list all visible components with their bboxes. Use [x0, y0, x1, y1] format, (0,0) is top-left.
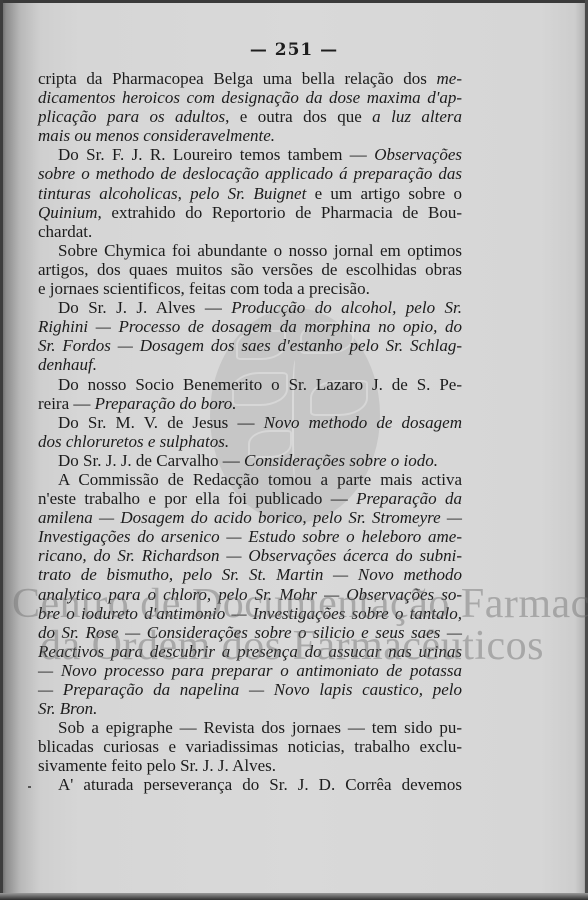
text-segment: Sobre Chymica foi abundante o nosso jorn… [58, 241, 462, 260]
italic-text-segment: Preparação da [356, 489, 462, 508]
italic-text-segment: sobre o methodo de deslocação applicado … [38, 164, 462, 183]
text-line: denhauf. [38, 355, 462, 374]
italic-text-segment: Producção do alcohol, pelo Sr. [231, 298, 462, 317]
text-line: Quinium, extrahido do Reportorio de Phar… [38, 203, 462, 222]
text-segment: e um artigo sobre o [306, 184, 462, 203]
text-line: A Commissão de Redacção tomou a parte ma… [38, 470, 462, 489]
page-left-edge [0, 0, 3, 900]
page-top-edge [0, 0, 588, 3]
italic-text-segment: Sr. Bron. [38, 699, 97, 718]
text-line: Reactivos para descubrir a presença do a… [38, 642, 462, 661]
italic-text-segment: ricano, do Sr. Richardson — Observações … [38, 546, 462, 565]
italic-text-segment: Novo methodo de dosagem [264, 413, 462, 432]
text-line: — Novo processo para preparar o antimoni… [38, 661, 462, 680]
text-line: amilena — Dosagem do acido borico, pelo … [38, 508, 462, 527]
italic-text-segment: amilena — Dosagem do acido borico, pelo … [38, 508, 462, 527]
text-line: do Sr. Rose — Considerações sobre o sili… [38, 623, 462, 642]
text-segment: Sob a epigraphe — Revista dos jornaes — … [58, 718, 462, 737]
italic-text-segment: bre o iodureto d'antimonio — Investigaçõ… [38, 604, 462, 623]
italic-text-segment: a luz altera [372, 107, 462, 126]
text-line: Sob a epigraphe — Revista dos jornaes — … [38, 718, 462, 737]
text-line: sobre o methodo de deslocação applicado … [38, 164, 462, 183]
text-line: dos chloruretos e sulphatos. [38, 432, 462, 451]
text-line: analytico para o chloro, pelo Sr. Mohr —… [38, 585, 462, 604]
text-segment: Do nosso Socio Benemerito o Sr. Lazaro J… [58, 375, 462, 394]
text-line: bre o iodureto d'antimonio — Investigaçõ… [38, 604, 462, 623]
italic-text-segment: Investigações do arsenico — Estudo sobre… [38, 527, 462, 546]
text-line: Sr. Bron. [38, 699, 462, 718]
italic-text-segment: me- [437, 69, 462, 88]
text-line: sivamente feito pelo Sr. J. J. Alves. [38, 756, 462, 775]
text-line: ricano, do Sr. Richardson — Observações … [38, 546, 462, 565]
margin-mark [28, 786, 31, 788]
text-segment: Do Sr. M. V. de Jesus — [58, 413, 264, 432]
text-line: Do Sr. M. V. de Jesus — Novo methodo de … [38, 413, 462, 432]
italic-text-segment: tinturas alcoholicas, pelo Sr. Buignet [38, 184, 306, 203]
text-line: trato de bismutho, pelo Sr. St. Martin —… [38, 565, 462, 584]
italic-text-segment: analytico para o chloro, pelo Sr. Mohr —… [38, 585, 462, 604]
italic-text-segment: dos chloruretos e sulphatos. [38, 432, 229, 451]
italic-text-segment: denhauf. [38, 355, 97, 374]
text-segment: n'este trabalho e por ella foi publicado… [38, 489, 356, 508]
text-line: Sobre Chymica foi abundante o nosso jorn… [38, 241, 462, 260]
text-segment: , extrahido do Reportorio de Pharmacia d… [98, 203, 463, 222]
italic-text-segment: Righini — Processo de dosagem da morphin… [38, 317, 462, 336]
text-segment: e jornaes scientificos, feitas com toda … [38, 279, 370, 298]
text-line: e jornaes scientificos, feitas com toda … [38, 279, 462, 298]
text-line: cripta da Pharmacopea Belga uma bella re… [38, 69, 462, 88]
body-text: cripta da Pharmacopea Belga uma bella re… [38, 69, 462, 795]
italic-text-segment: Reactivos para descubrir a presença do a… [38, 642, 462, 661]
italic-text-segment: Observações [374, 145, 462, 164]
text-line: A' aturada perseverança do Sr. J. D. Cor… [38, 775, 462, 794]
text-segment: Do Sr. F. J. R. Loureiro temos tambem — [58, 145, 374, 164]
text-line: Righini — Processo de dosagem da morphin… [38, 317, 462, 336]
text-line: reira — Preparação do boro. [38, 394, 462, 413]
italic-text-segment: do Sr. Rose — Considerações sobre o sili… [38, 623, 462, 642]
page-bottom-edge [0, 893, 588, 900]
text-line: Sr. Fordos — Dosagem dos saes d'estanho … [38, 336, 462, 355]
book-page: — 251 — cripta da Pharmacopea Belga uma … [0, 0, 588, 900]
text-line: Do Sr. J. J. Alves — Producção do alcoho… [38, 298, 462, 317]
italic-text-segment: — Novo processo para preparar o antimoni… [38, 661, 462, 680]
text-line: — Preparação da napelina — Novo lapis ca… [38, 680, 462, 699]
italic-text-segment: Preparação do boro. [95, 394, 237, 413]
text-line: plicação para os adultos, e outra dos qu… [38, 107, 462, 126]
italic-text-segment: — Preparação da napelina — Novo lapis ca… [38, 680, 462, 699]
text-line: blicadas curiosas e variadissimas notici… [38, 737, 462, 756]
text-line: mais ou menos consideravelmente. [38, 126, 462, 145]
text-segment: Do Sr. J. J. de Carvalho — [58, 451, 244, 470]
text-segment: blicadas curiosas e variadissimas notici… [38, 737, 462, 756]
text-line: dicamentos heroicos com designação da do… [38, 88, 462, 107]
italic-text-segment: dicamentos heroicos com designação da do… [38, 88, 462, 107]
page-number: — 251 — [0, 40, 588, 60]
italic-text-segment: trato de bismutho, pelo Sr. St. Martin —… [38, 565, 462, 584]
text-segment: artigos, dos quaes muitos são versões de… [38, 260, 462, 279]
italic-text-segment: mais ou menos consideravelmente. [38, 126, 275, 145]
text-segment: sivamente feito pelo Sr. J. J. Alves. [38, 756, 276, 775]
text-line: Do nosso Socio Benemerito o Sr. Lazaro J… [38, 375, 462, 394]
text-segment: , e outra dos que [225, 107, 372, 126]
text-line: chardat. [38, 222, 462, 241]
text-segment: cripta da Pharmacopea Belga uma bella re… [38, 69, 437, 88]
text-segment: A' aturada perseverança do Sr. J. D. Cor… [58, 775, 462, 794]
text-segment: Do Sr. J. J. Alves — [58, 298, 231, 317]
text-segment: chardat. [38, 222, 92, 241]
text-line: n'este trabalho e por ella foi publicado… [38, 489, 462, 508]
italic-text-segment: plicação para os adultos [38, 107, 225, 126]
text-segment: A Commissão de Redacção tomou a parte ma… [58, 470, 462, 489]
italic-text-segment: Sr. Fordos — Dosagem dos saes d'estanho … [38, 336, 462, 355]
text-line: tinturas alcoholicas, pelo Sr. Buignet e… [38, 184, 462, 203]
text-segment: reira — [38, 394, 95, 413]
text-line: Investigações do arsenico — Estudo sobre… [38, 527, 462, 546]
italic-text-segment: Quinium [38, 203, 98, 222]
text-line: Do Sr. F. J. R. Loureiro temos tambem — … [38, 145, 462, 164]
text-line: Do Sr. J. J. de Carvalho — Considerações… [38, 451, 462, 470]
italic-text-segment: Considerações sobre o iodo. [244, 451, 438, 470]
text-line: artigos, dos quaes muitos são versões de… [38, 260, 462, 279]
